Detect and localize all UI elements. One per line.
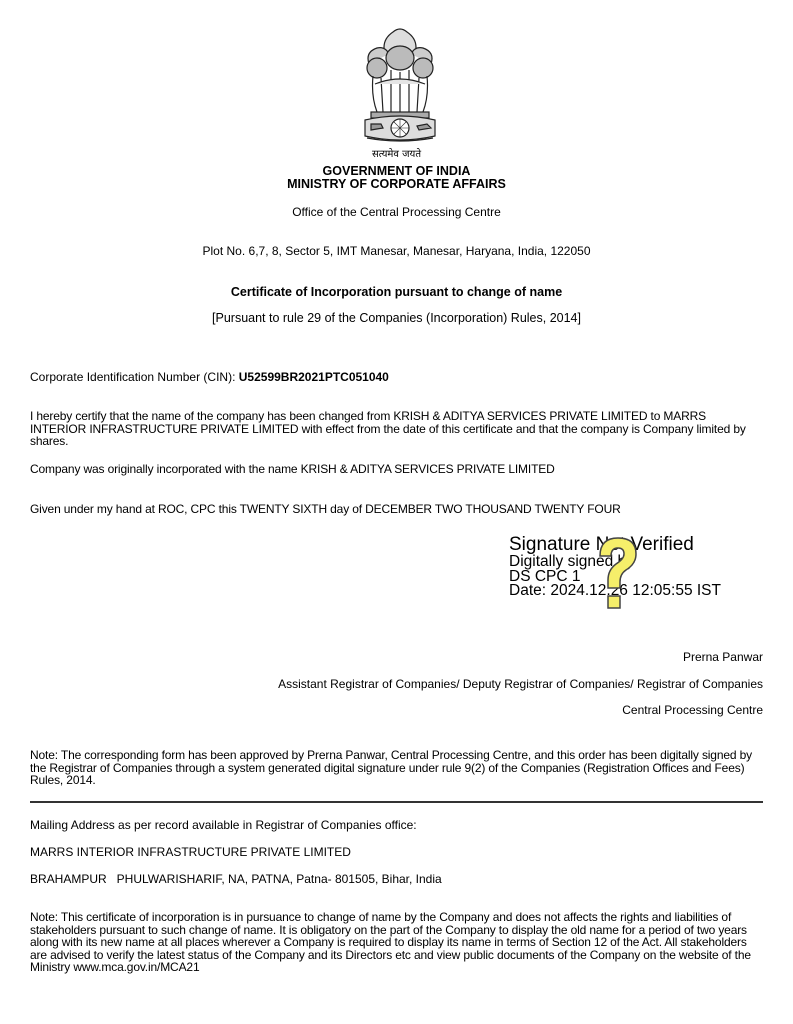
final-note: Note: This certificate of incorporation … [30,911,765,974]
registrar-designation: Assistant Registrar of Companies/ Deputy… [278,677,763,691]
registrar-office: Central Processing Centre [622,703,763,717]
original-name-paragraph: Company was originally incorporated with… [30,463,765,476]
mailing-address: BRAHAMPUR PHULWARISHARIF, NA, PATNA, Pat… [30,872,442,886]
cin-line: Corporate Identification Number (CIN): U… [30,370,389,384]
rule-reference: [Pursuant to rule 29 of the Companies (I… [0,311,793,325]
emblem-motto: सत्यमेव जयते [0,146,793,160]
section-divider [30,801,763,803]
certificate-title: Certificate of Incorporation pursuant to… [0,285,793,299]
cin-label: Corporate Identification Number (CIN): [30,370,239,384]
approval-note: Note: The corresponding form has been ap… [30,749,765,787]
registrar-name: Prerna Panwar [683,650,763,664]
cin-value: U52599BR2021PTC051040 [239,370,389,384]
office-name: Office of the Central Processing Centre [0,205,793,219]
certify-paragraph: I hereby certify that the name of the co… [30,410,765,448]
given-under-paragraph: Given under my hand at ROC, CPC this TWE… [30,503,765,516]
mailing-company-name: MARRS INTERIOR INFRASTRUCTURE PRIVATE LI… [30,845,351,859]
office-address: Plot No. 6,7, 8, Sector 5, IMT Manesar, … [0,244,793,258]
issuing-authority: GOVERNMENT OF INDIA MINISTRY OF CORPORAT… [0,165,793,191]
mailing-address-label: Mailing Address as per record available … [30,818,417,832]
ministry-heading: MINISTRY OF CORPORATE AFFAIRS [0,178,793,191]
question-mark-icon[interactable] [592,534,642,614]
national-emblem-icon [355,24,445,162]
